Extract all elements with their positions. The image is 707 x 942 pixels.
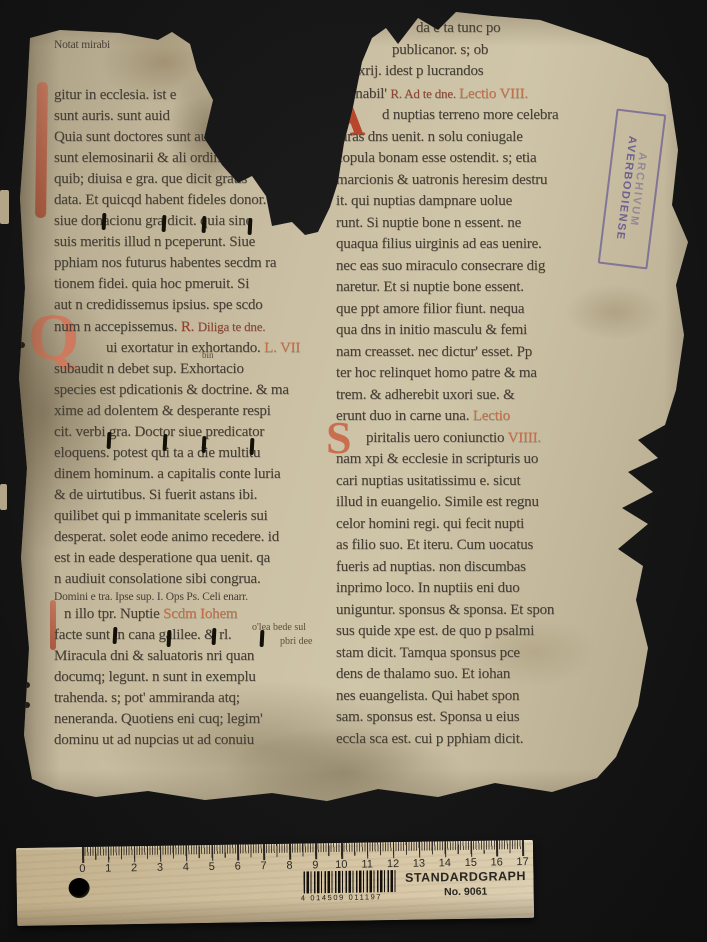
body-text: data. Et quicqd habent fideles donor. xyxy=(54,192,266,208)
body-text: neneranda. Quotiens eni cuq; legim' xyxy=(54,711,263,727)
body-text: celor homini regi. qui fecit nupti xyxy=(336,516,524,532)
manuscript-text-line: aut n credidissemus ipsius. spe scdo xyxy=(54,295,354,316)
manuscript-text-line: Domini e tra. Ipse sup. I. Ops Ps. Celi … xyxy=(54,590,354,604)
body-text: dominu ut ad nupcias ut ad conuiu xyxy=(54,732,254,748)
manuscript-text-line: num n accepissemus. R. Diliga te dne. xyxy=(54,316,354,338)
body-text: uniguntur. sponsus & sponsa. Et spon xyxy=(336,602,554,618)
body-text: Notat mirabi xyxy=(54,39,110,51)
manuscript-text-line: trem. & adherebit uxori sue. & xyxy=(336,385,672,407)
manuscript-text-line: Miracula dni & saluatoris nri quan xyxy=(54,646,354,667)
body-text: subaudit n debet sup. Exhortacio xyxy=(54,361,244,377)
manuscript-text-line: ter hoc relinquet homo patre & ma xyxy=(336,363,672,385)
body-text: sus quide xpe est. de quo p psalmi xyxy=(336,623,534,639)
ruler-cm-number: 6 xyxy=(235,860,241,872)
ruler-cm-number: 4 xyxy=(183,861,189,873)
manuscript-page: Q A S Notat mirabigitur in ecclesia. ist… xyxy=(14,12,704,814)
manuscript-text-line: documq; legunt. n sunt in exemplu xyxy=(54,667,354,688)
body-text: nam xpi & ecclesie in scripturis uo xyxy=(336,451,538,467)
ruler-cm-tick xyxy=(160,846,162,862)
manuscript-text-line: desperat. solet eode animo recedere. id xyxy=(54,527,354,548)
body-text: documq; legunt. n sunt in exemplu xyxy=(54,669,256,685)
body-text: n illo tpr. Nuptie xyxy=(64,606,163,622)
ruler-cm-tick xyxy=(470,841,472,857)
ruler-cm-tick xyxy=(419,842,421,858)
manuscript-text-line: n audiuit consolatione sibi congrua. xyxy=(54,569,354,590)
body-text: inprimo loco. In nuptiis eni duo xyxy=(336,580,520,596)
body-text: trahenda. s; pot' ammiranda atq; xyxy=(54,690,240,706)
manuscript-text-line: inprimo loco. In nuptiis eni duo xyxy=(336,578,672,600)
manuscript-text-line: species est pdicationis & doctrine. & ma xyxy=(54,380,354,401)
body-text: copula bonam esse ostendit. s; etia xyxy=(336,150,536,166)
manuscript-text-line: publicanor. s; ob xyxy=(336,40,672,62)
manuscript-text-line: dominu ut ad nupcias ut ad conuiu xyxy=(54,730,354,751)
body-text: gitur in ecclesia. ist e xyxy=(54,87,176,103)
manuscript-text-line: sam. sponsus est. Sponsa u eius xyxy=(336,707,672,729)
body-text: ui exortatur in exhortando. xyxy=(106,340,264,356)
body-text: dinem hominum. a capitalis conte luria xyxy=(54,466,281,482)
manuscript-text-line: erunt duo in carne una. Lectio xyxy=(336,406,672,428)
body-text: innabil' xyxy=(344,86,390,102)
ruler-cm-number: 12 xyxy=(387,858,399,870)
manuscript-text-line: suis meritis illud n pceperunt. Siue xyxy=(54,232,354,253)
manuscript-text-line: stam dicit. Tamqua sponsus pce xyxy=(336,643,672,665)
manuscript-text-line: innabil' R. Ad te dne. Lectio VIII. xyxy=(336,83,672,106)
body-text: tionem fidei. quia hoc pmeruit. Si xyxy=(54,276,249,292)
body-text: marcionis & uatronis heresim destru xyxy=(336,172,547,188)
body-text: sunt auris. sunt auid xyxy=(54,108,170,124)
ruler-cm-number: 8 xyxy=(286,860,292,872)
body-text: d nuptias terreno more celebra xyxy=(382,107,558,123)
body-text: Domini e tra. Ipse sup. I. Ops Ps. Celi … xyxy=(54,591,248,603)
body-text: trem. & adherebit uxori sue. & xyxy=(336,387,515,403)
body-text: fueris ad nuptias. non discumbas xyxy=(336,559,526,575)
barcode-digits: 4 014509 011197 xyxy=(301,892,401,903)
ruler-brand: STANDARDGRAPH xyxy=(404,869,526,885)
ruler-cm-tick xyxy=(134,846,136,862)
body-text: quib; diuisa e gra. que dicit gratis xyxy=(54,171,247,187)
rubric-text: R. Ad te dne. xyxy=(390,86,459,101)
ruler-cm-number: 13 xyxy=(413,858,425,870)
ruler-cm-number: 16 xyxy=(490,856,502,868)
barcode xyxy=(303,870,397,893)
body-text: Quia sunt doctores sunt auditores. xyxy=(54,129,251,145)
manuscript-text-line: cari nuptias usitatissimu e. sicut xyxy=(336,471,672,493)
body-text: turas dns uenit. n solu coniugale xyxy=(336,129,523,145)
ruler: 01234567891011121314151617 4 014509 0111… xyxy=(16,840,534,926)
marginal-note: pbri dee xyxy=(280,636,313,647)
ruler-cm-number: 0 xyxy=(79,863,85,875)
body-text: nec eas suo miraculo consecrare dig xyxy=(336,258,545,274)
manuscript-text-line: tionem fidei. quia hoc pmeruit. Si xyxy=(54,274,354,295)
body-text: nes euangelista. Qui habet spon xyxy=(336,688,519,704)
body-text: it. qui nuptias dampnare uolue xyxy=(336,193,512,209)
ruler-hanging-hole xyxy=(68,878,89,898)
parchment-sliver xyxy=(0,484,7,510)
parchment-sliver xyxy=(0,190,9,224)
rubric-text: R. xyxy=(181,319,198,335)
manuscript-text-line: nam creasset. nec dictur' esset. Pp xyxy=(336,342,672,364)
body-text: erunt duo in carne una. xyxy=(336,408,473,424)
manuscript-text-line: naretur. Et si nuptie bone essent. xyxy=(336,277,672,299)
rubric-text: Diliga te dne. xyxy=(198,319,266,334)
ruler-cm-number: 11 xyxy=(361,858,373,870)
ruler-cm-number: 10 xyxy=(335,859,347,871)
manuscript-text-line: sunt elemosinarii & ali ordines in xyxy=(54,148,354,169)
rubric-text: L. VII xyxy=(264,340,300,356)
manuscript-text-line: Notat mirabi xyxy=(54,38,354,52)
body-text: illud in euangelio. Simile est regnu xyxy=(336,494,539,510)
body-text: quilibet qui p immanitate sceleris sui xyxy=(54,508,268,524)
manuscript-text-line: quib; diuisa e gra. que dicit gratis xyxy=(54,169,354,190)
body-text: ter hoc relinquet homo patre & ma xyxy=(336,365,537,381)
ruler-cm-tick xyxy=(108,847,110,863)
ruler-cm-number: 9 xyxy=(312,859,318,871)
body-text: eloquens. potest qui ta a die multitu xyxy=(54,445,260,461)
body-text: eccla sca est. cui p pphiam dicit. xyxy=(336,731,523,747)
ruler-cm-tick xyxy=(496,840,498,856)
body-text: num n accepissemus. xyxy=(54,319,181,335)
manuscript-text-line: celor homini regi. qui fecit nupti xyxy=(336,514,672,536)
body-text: nam creasset. nec dictur' esset. Pp xyxy=(336,344,532,360)
body-text: dens de thalamo suo. Et iohan xyxy=(336,666,510,682)
manuscript-text-line: uniguntur. sponsus & sponsa. Et spon xyxy=(336,600,672,622)
sewing-hole xyxy=(24,702,30,708)
manuscript-text-line: n illo tpr. Nuptie Scdm Iohem xyxy=(54,604,354,625)
manuscript-text-line: nam xpi & ecclesie in scripturis uo xyxy=(336,449,672,471)
body-text: quaqua filius uirginis ad eas uenire. xyxy=(336,236,542,252)
ruler-cm-tick xyxy=(289,844,291,860)
body-text: desperat. solet eode animo recedere. id xyxy=(54,529,279,545)
body-text: species est pdicationis & doctrine. & ma xyxy=(54,382,289,398)
sewing-hole xyxy=(19,342,25,348)
body-text: runt. Si nuptie bone n essent. ne xyxy=(336,215,521,231)
manuscript-text-line: da e ta tunc po xyxy=(336,18,672,40)
body-text: as filio suo. Et iteru. Cum uocatus xyxy=(336,537,533,553)
decorated-initial-I xyxy=(35,82,48,218)
manuscript-text-line: & de uirtutibus. Si fuerit astans ibi. xyxy=(54,485,354,506)
manuscript-text-line: pphiam nos futurus habentes secdm ra xyxy=(54,253,354,274)
body-text: stam dicit. Tamqua sponsus pce xyxy=(336,645,520,661)
ruler-cm-tick xyxy=(393,842,395,858)
manuscript-text-line: gitur in ecclesia. ist e xyxy=(54,85,354,106)
manuscript-text-line: illud in euangelio. Simile est regnu xyxy=(336,492,672,514)
ruler-cm-tick xyxy=(522,840,524,856)
body-text: da e ta tunc po xyxy=(416,20,500,36)
ruler-cm-number: 17 xyxy=(516,856,528,868)
ruler-cm-tick xyxy=(82,847,84,863)
manuscript-text-line: sus quide xpe est. de quo p psalmi xyxy=(336,621,672,643)
body-text: xrij. idest p lucrandos xyxy=(358,63,483,79)
manuscript-text-line: trahenda. s; pot' ammiranda atq; xyxy=(54,688,354,709)
ruler-cm-tick xyxy=(237,844,239,860)
body-text: que ppt amore filior fiunt. nequa xyxy=(336,301,524,317)
ruler-cm-number: 3 xyxy=(157,862,163,874)
body-text: xime ad dolentem & desperante respi xyxy=(54,403,271,419)
ruler-cm-tick xyxy=(186,845,188,861)
manuscript-text-line: xrij. idest p lucrandos xyxy=(336,61,672,83)
rubric-text: VIIII. xyxy=(508,430,541,446)
body-text: est in eade desperatione qua uenit. qa xyxy=(54,550,270,566)
interlinear-gloss: bin xyxy=(202,350,214,360)
ruler-cm-tick xyxy=(211,845,213,861)
rubric-text: Scdm Iohem xyxy=(163,606,237,622)
manuscript-text-line: dinem hominum. a capitalis conte luria xyxy=(54,464,354,485)
body-text: n audiuit consolatione sibi congrua. xyxy=(54,571,261,587)
body-text: sam. sponsus est. Sponsa u eius xyxy=(336,709,519,725)
body-text: cari nuptias usitatissimu e. sicut xyxy=(336,473,520,489)
body-text: pphiam nos futurus habentes secdm ra xyxy=(54,255,276,271)
manuscript-text-line: xime ad dolentem & desperante respi xyxy=(54,401,354,422)
rubric-text: Lectio VIII. xyxy=(459,86,528,102)
body-text: naretur. Et si nuptie bone essent. xyxy=(336,279,524,295)
body-text: Miracula dni & saluatoris nri quan xyxy=(54,648,254,664)
manuscript-text-line: quilibet qui p immanitate sceleris sui xyxy=(54,506,354,527)
body-text: publicanor. s; ob xyxy=(392,42,488,58)
body-text: & de uirtutibus. Si fuerit astans ibi. xyxy=(54,487,257,503)
ruler-cm-tick xyxy=(367,842,369,858)
ruler-cm-number: 14 xyxy=(439,857,451,869)
manuscript-text-line: qua dns in initio masculu & femi xyxy=(336,320,672,342)
manuscript-text-line: dens de thalamo suo. Et iohan xyxy=(336,664,672,686)
ruler-cm-number: 1 xyxy=(105,863,111,875)
ruler-cm-tick xyxy=(315,843,317,859)
manuscript-text-line: Quia sunt doctores sunt auditores. xyxy=(54,127,354,148)
body-text: cit. verbi gra. Doctor siue predicator xyxy=(54,424,264,440)
manuscript-text-line: est in eade desperatione qua uenit. qa xyxy=(54,548,354,569)
rubric-text: Lectio xyxy=(473,408,510,424)
body-text: qua dns in initio masculu & femi xyxy=(336,322,527,338)
body-text: siue donacionu gra dicit. quia sine xyxy=(54,213,252,229)
manuscript-text-line: eccla sca est. cui p pphiam dicit. xyxy=(336,729,672,751)
manuscript-text-line: neneranda. Quotiens eni cuq; legim' xyxy=(54,709,354,730)
manuscript-text-line: data. Et quicqd habent fideles donor. xyxy=(54,190,354,211)
ruler-halfcm-ticks xyxy=(82,840,525,860)
body-text: facte sunt in cana galilee. & rl. xyxy=(54,627,232,643)
body-text: sunt elemosinarii & ali ordines in xyxy=(54,150,248,166)
manuscript-text-line: sunt auris. sunt auid xyxy=(54,106,354,127)
manuscript-text-line: fueris ad nuptias. non discumbas xyxy=(336,557,672,579)
manuscript-text-line: subaudit n debet sup. Exhortacio xyxy=(54,359,354,380)
sewing-hole xyxy=(24,682,30,688)
body-text: suis meritis illud n pceperunt. Siue xyxy=(54,234,255,250)
body-text: piritalis uero coniunctio xyxy=(366,430,508,446)
sewing-hole xyxy=(21,96,27,102)
ruler-cm-number: 5 xyxy=(209,861,215,873)
ruler-cm-number: 15 xyxy=(465,857,477,869)
ruler-cm-tick xyxy=(263,844,265,860)
manuscript-text-line: piritalis uero coniunctio VIIII. xyxy=(336,428,672,450)
manuscript-text-line: as filio suo. Et iteru. Cum uocatus xyxy=(336,535,672,557)
manuscript-text-line: que ppt amore filior fiunt. nequa xyxy=(336,299,672,321)
ruler-cm-number: 7 xyxy=(260,860,266,872)
ruler-cm-tick xyxy=(445,841,447,857)
ruler-model: No. 9061 xyxy=(405,885,527,899)
ruler-cm-tick xyxy=(341,843,343,859)
manuscript-text-line: nes euangelista. Qui habet spon xyxy=(336,686,672,708)
ruler-cm-number: 2 xyxy=(131,862,137,874)
photo-scene: { "manuscript": { "left_column": { "line… xyxy=(0,0,707,942)
body-text: aut n credidissemus ipsius. spe scdo xyxy=(54,297,263,313)
